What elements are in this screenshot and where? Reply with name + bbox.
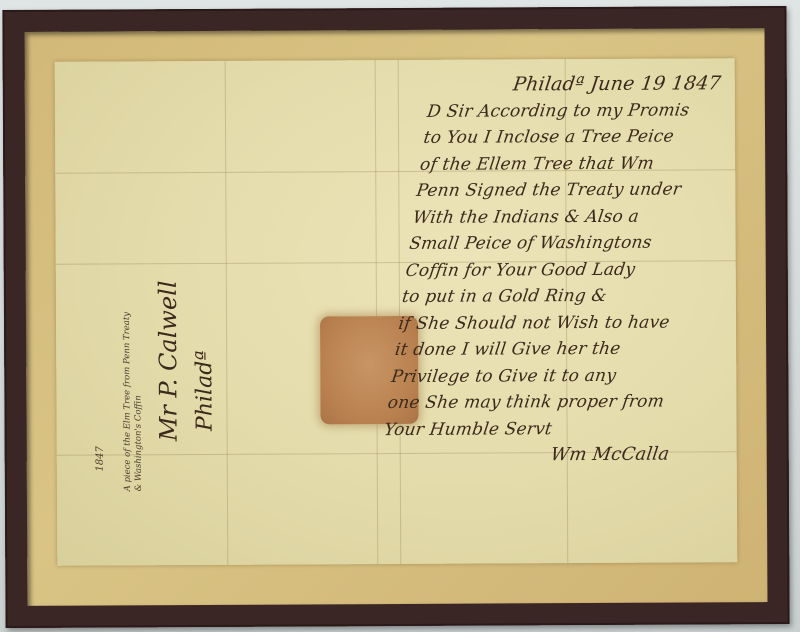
letter-line: D Sir According to my Promis — [425, 97, 769, 125]
docket-mark: 1847 — [95, 446, 106, 472]
letter-line: to You I Inclose a Tree Peice — [422, 123, 766, 151]
letter-line: Penn Signed the Treaty under — [415, 176, 759, 204]
address-panel: 1847 A piece of the Elm Tree from Penn T… — [143, 200, 345, 501]
address-note-line: & Washington's Coffin — [133, 312, 145, 492]
letter-line: one She may think proper from — [386, 388, 730, 416]
letter-body: Philadª June 19 1847 D Sir According to … — [379, 70, 773, 470]
letter-line: Coffin for Your Good Lady — [404, 256, 748, 284]
letter-sheet: 1847 A piece of the Elm Tree from Penn T… — [55, 58, 738, 566]
letter-line: if She Should not Wish to have — [397, 309, 741, 337]
recipient-name: Mr P. Calwell — [154, 280, 183, 441]
address-note-line: A piece of the Elm Tree from Penn Treaty — [122, 312, 134, 492]
frame-mat: 1847 A piece of the Elm Tree from Penn T… — [25, 28, 768, 606]
address-note: A piece of the Elm Tree from Penn Treaty… — [122, 312, 145, 492]
letter-dateline: Philadª June 19 1847 — [429, 70, 773, 98]
letter-line: of the Ellem Tree that Wm — [418, 150, 762, 178]
fold-line — [374, 60, 378, 564]
letter-signature: Wm McCalla — [379, 441, 723, 469]
recipient-city: Philadª — [192, 350, 217, 431]
letter-line: to put in a Gold Ring & — [400, 282, 744, 310]
letter-line: it done I will Give her the — [393, 335, 737, 363]
letter-line: Privilege to Give it to any — [390, 362, 734, 390]
letter-line: Your Humble Servt — [382, 415, 726, 443]
letter-line: With the Indians & Also a — [411, 203, 755, 231]
picture-frame: 1847 A piece of the Elm Tree from Penn T… — [2, 6, 789, 628]
letter-line: Small Peice of Washingtons — [408, 229, 752, 257]
